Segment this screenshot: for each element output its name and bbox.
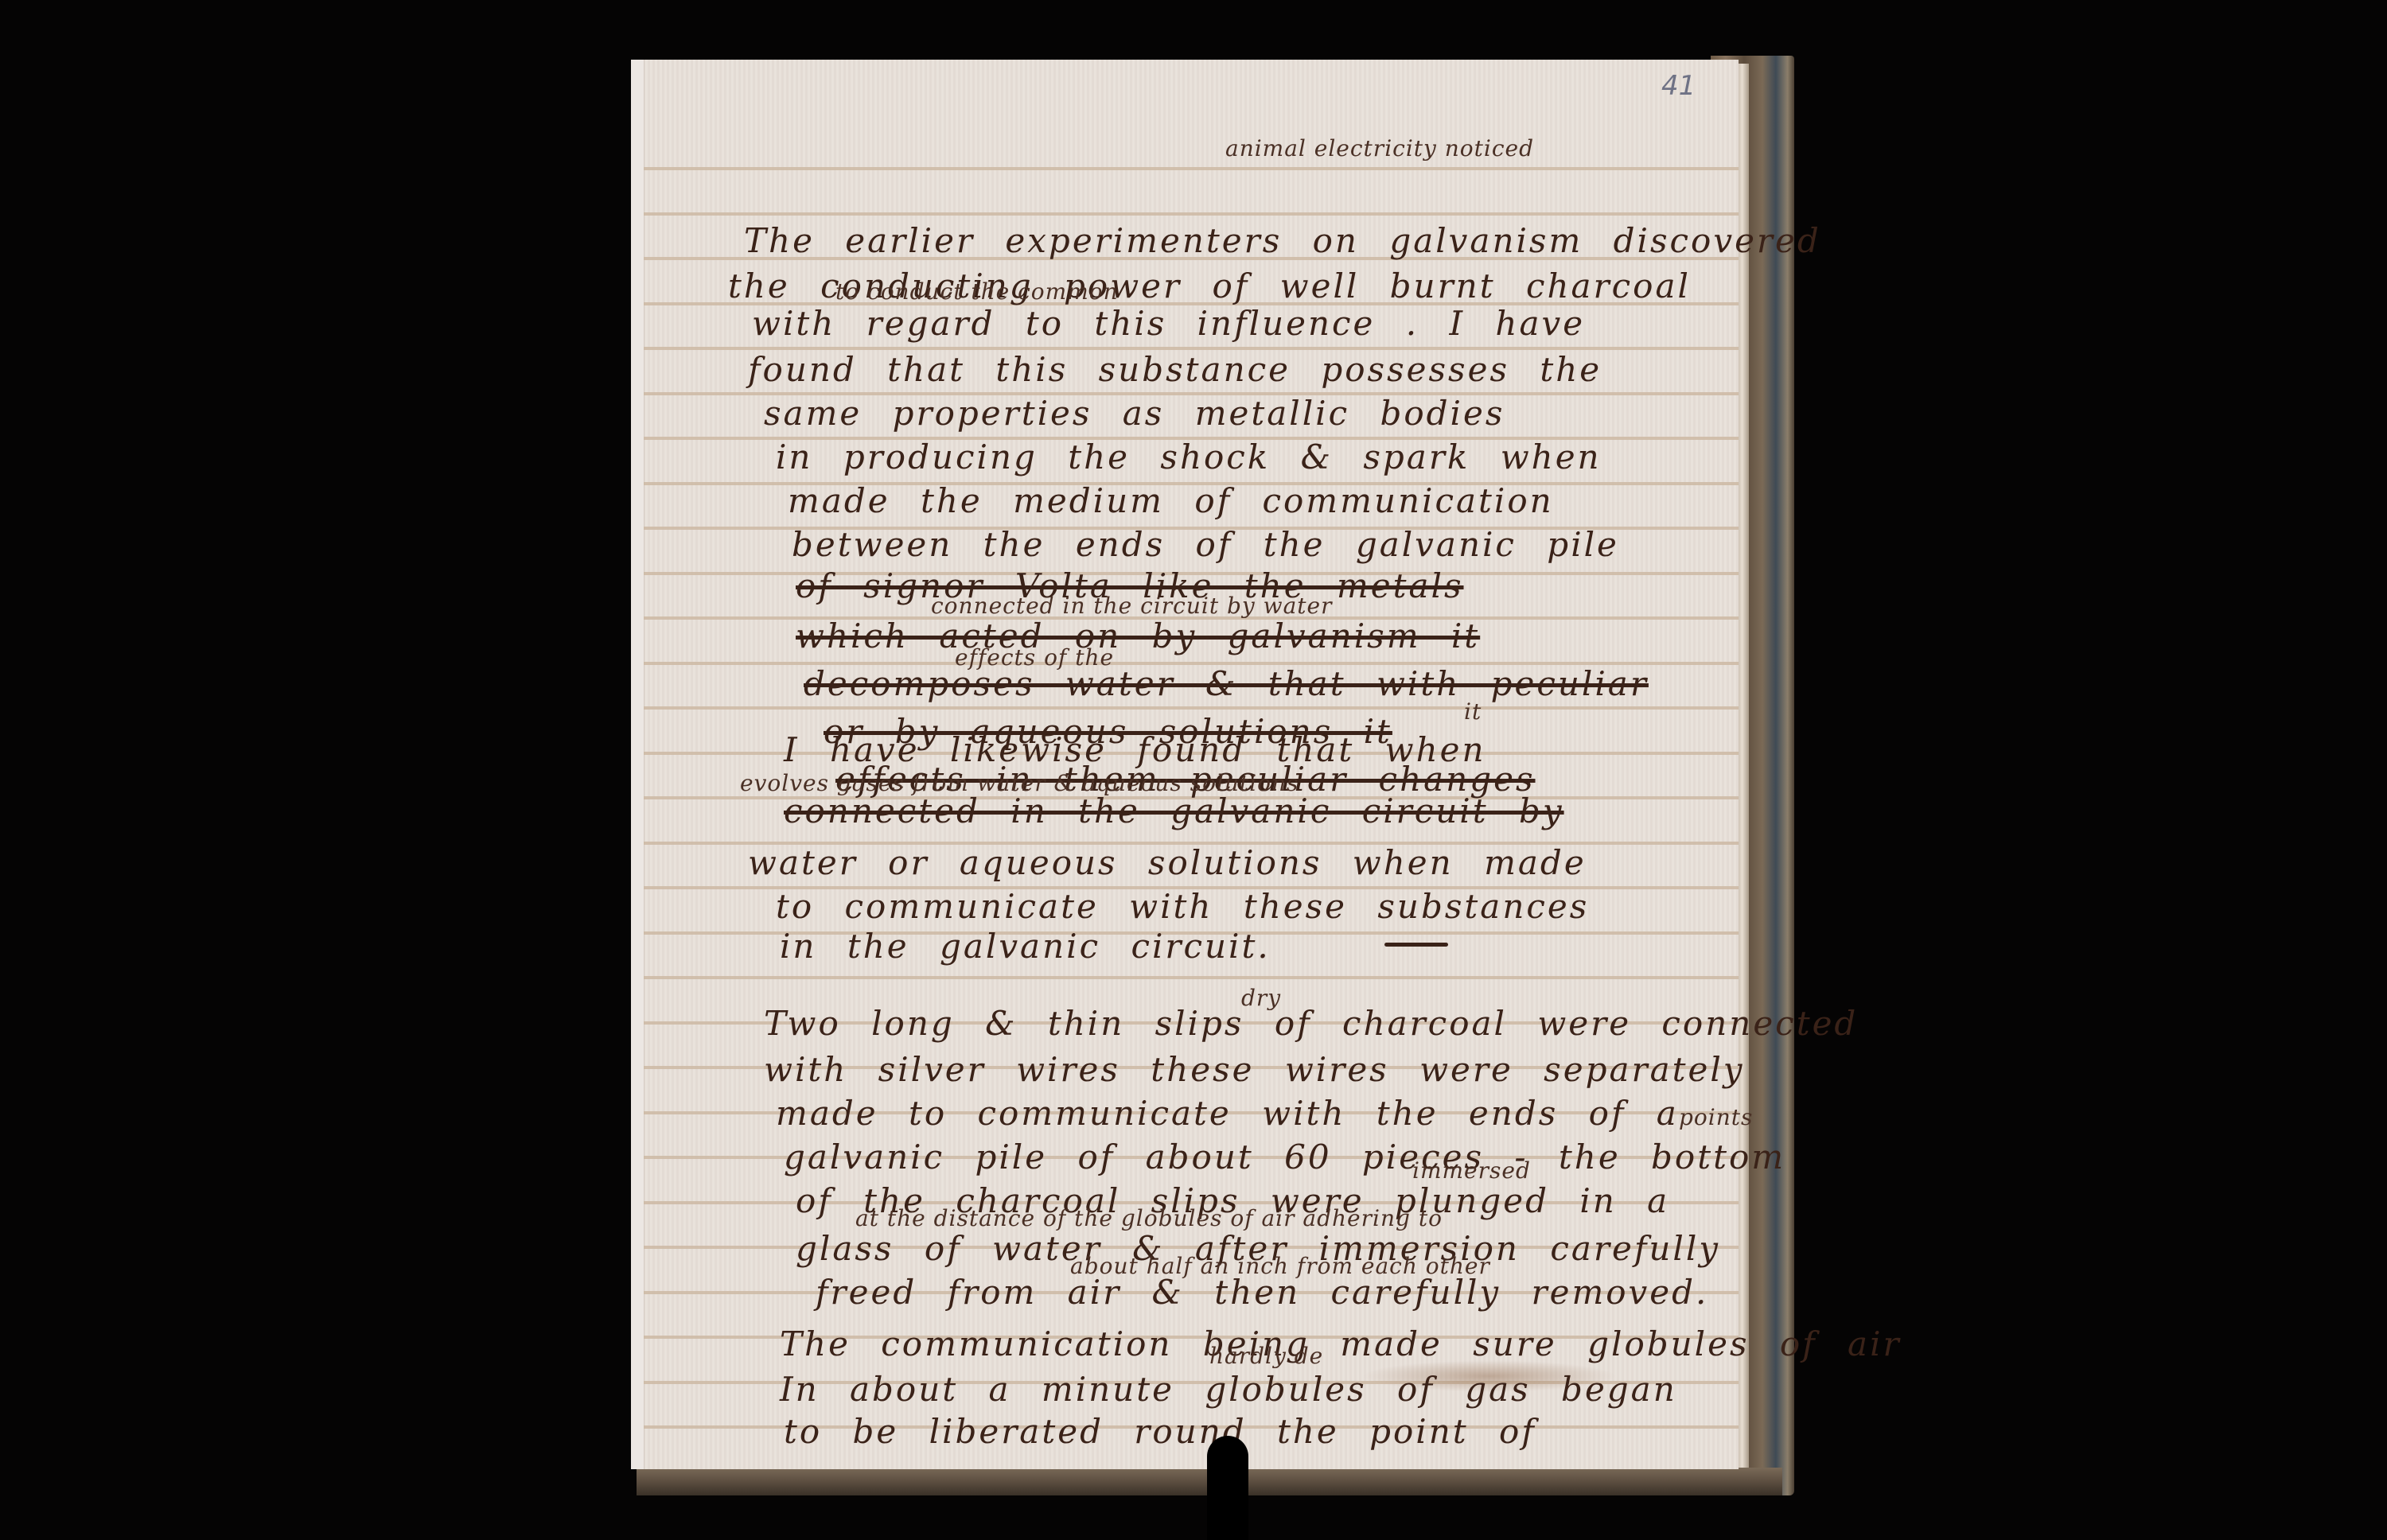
interlinear-insertion: it bbox=[1464, 698, 1482, 725]
ruled-line bbox=[644, 706, 1739, 710]
manuscript-line: freed from air & then carefully removed. bbox=[816, 1273, 1708, 1312]
page-fold-strip bbox=[631, 60, 644, 1469]
manuscript-line: to communicate with these substances bbox=[776, 887, 1589, 926]
manuscript-line: with silver wires these wires were separ… bbox=[764, 1050, 1745, 1089]
manuscript-line: I have likewise found that when bbox=[784, 730, 1486, 769]
manuscript-line: in the galvanic circuit. bbox=[780, 927, 1271, 966]
manuscript-line: to be liberated round the point of bbox=[784, 1412, 1536, 1451]
interlinear-insertion: animal electricity noticed bbox=[1225, 135, 1534, 161]
interlinear-insertion: to conduct the common bbox=[835, 278, 1119, 305]
manuscript-line: The earlier experimenters on galvanism d… bbox=[744, 221, 1821, 260]
thumb-holding-page bbox=[1207, 1436, 1248, 1540]
ruled-line bbox=[644, 167, 1739, 170]
interlinear-insertion: connected in the circuit by water bbox=[931, 593, 1333, 619]
manuscript-line: Two long & thin slips of charcoal were c… bbox=[764, 1004, 1858, 1043]
manuscript-line-deleted: decomposes water & that with peculiar bbox=[804, 664, 1649, 703]
manuscript-line: made the medium of communication bbox=[788, 481, 1554, 520]
manuscript-line-deleted: which acted on by galvanism it bbox=[796, 616, 1480, 655]
manuscript-line: galvanic pile of about 60 pieces - the b… bbox=[784, 1137, 1785, 1176]
interlinear-insertion: hardly de bbox=[1209, 1343, 1323, 1369]
manuscript-line: with regard to this influence . I have bbox=[752, 304, 1585, 343]
end-flourish bbox=[1384, 943, 1448, 947]
manuscript-line: in producing the shock & spark when bbox=[776, 437, 1602, 476]
manuscript-line: In about a minute globules of gas began bbox=[780, 1370, 1677, 1409]
manuscript-line: made to communicate with the ends of a bbox=[776, 1094, 1679, 1133]
ruled-line bbox=[644, 976, 1739, 979]
manuscript-line: water or aqueous solutions when made bbox=[748, 843, 1587, 882]
manuscript-line: same properties as metallic bodies bbox=[764, 394, 1505, 433]
interlinear-insertion: at the distance of the globules of air a… bbox=[855, 1205, 1443, 1231]
manuscript-line-deleted: connected in the galvanic circuit by bbox=[784, 791, 1564, 830]
interlinear-insertion: immersed bbox=[1412, 1157, 1531, 1184]
manuscript-line: between the ends of the galvanic pile bbox=[792, 525, 1619, 564]
ruled-line bbox=[644, 212, 1739, 216]
interlinear-insertion: points bbox=[1679, 1104, 1753, 1130]
manuscript-line: found that this substance possesses the bbox=[748, 350, 1602, 389]
manuscript-line: The communication being made sure globul… bbox=[780, 1324, 1902, 1363]
folio-number: 41 bbox=[1661, 70, 1696, 102]
